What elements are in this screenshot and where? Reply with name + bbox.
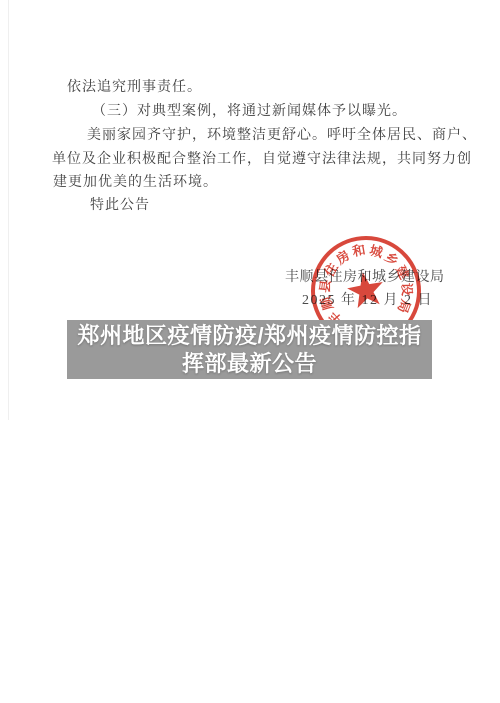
- seal-character: 县: [317, 279, 333, 294]
- body-text-line: 建更加优美的生活环境。: [53, 171, 218, 191]
- headline-line-2: 挥部最新公告: [182, 350, 317, 378]
- headline-line-1: 郑州地区疫情防疫/郑州疫情防控指: [77, 322, 421, 350]
- seal-character: 房: [332, 247, 352, 267]
- seal-character: 顺: [318, 294, 337, 312]
- seal-character: 城: [368, 242, 385, 260]
- red-star-icon: [345, 269, 387, 309]
- body-text-line: 依法追究刑事责任。: [67, 76, 202, 96]
- seal-character: 和: [351, 242, 366, 259]
- headline-banner: 郑州地区疫情防疫/郑州疫情防控指 挥部最新公告: [67, 320, 432, 379]
- scanned-notice-page: 依法追究刑事责任。 （三）对典型案例，将通过新闻媒体予以曝光。 美丽家园齐守护，…: [0, 0, 500, 703]
- seal-character: 局: [395, 297, 414, 315]
- seal-character: 乡: [382, 249, 402, 269]
- page-edge-line: [8, 0, 9, 420]
- body-text-line: 美丽家园齐守护，环境整洁更舒心。呼吁全体居民、商户、: [87, 124, 477, 144]
- seal-character: 住: [321, 260, 341, 279]
- seal-character: 建: [393, 262, 413, 281]
- seal-character: 设: [399, 282, 415, 296]
- body-text-line: （三）对典型案例，将通过新闻媒体予以曝光。: [92, 100, 407, 120]
- body-text-line: 特此公告: [90, 194, 150, 214]
- body-text-line: 单位及企业积极配合整治工作，自觉遵守法律法规，共同努力创: [52, 148, 472, 168]
